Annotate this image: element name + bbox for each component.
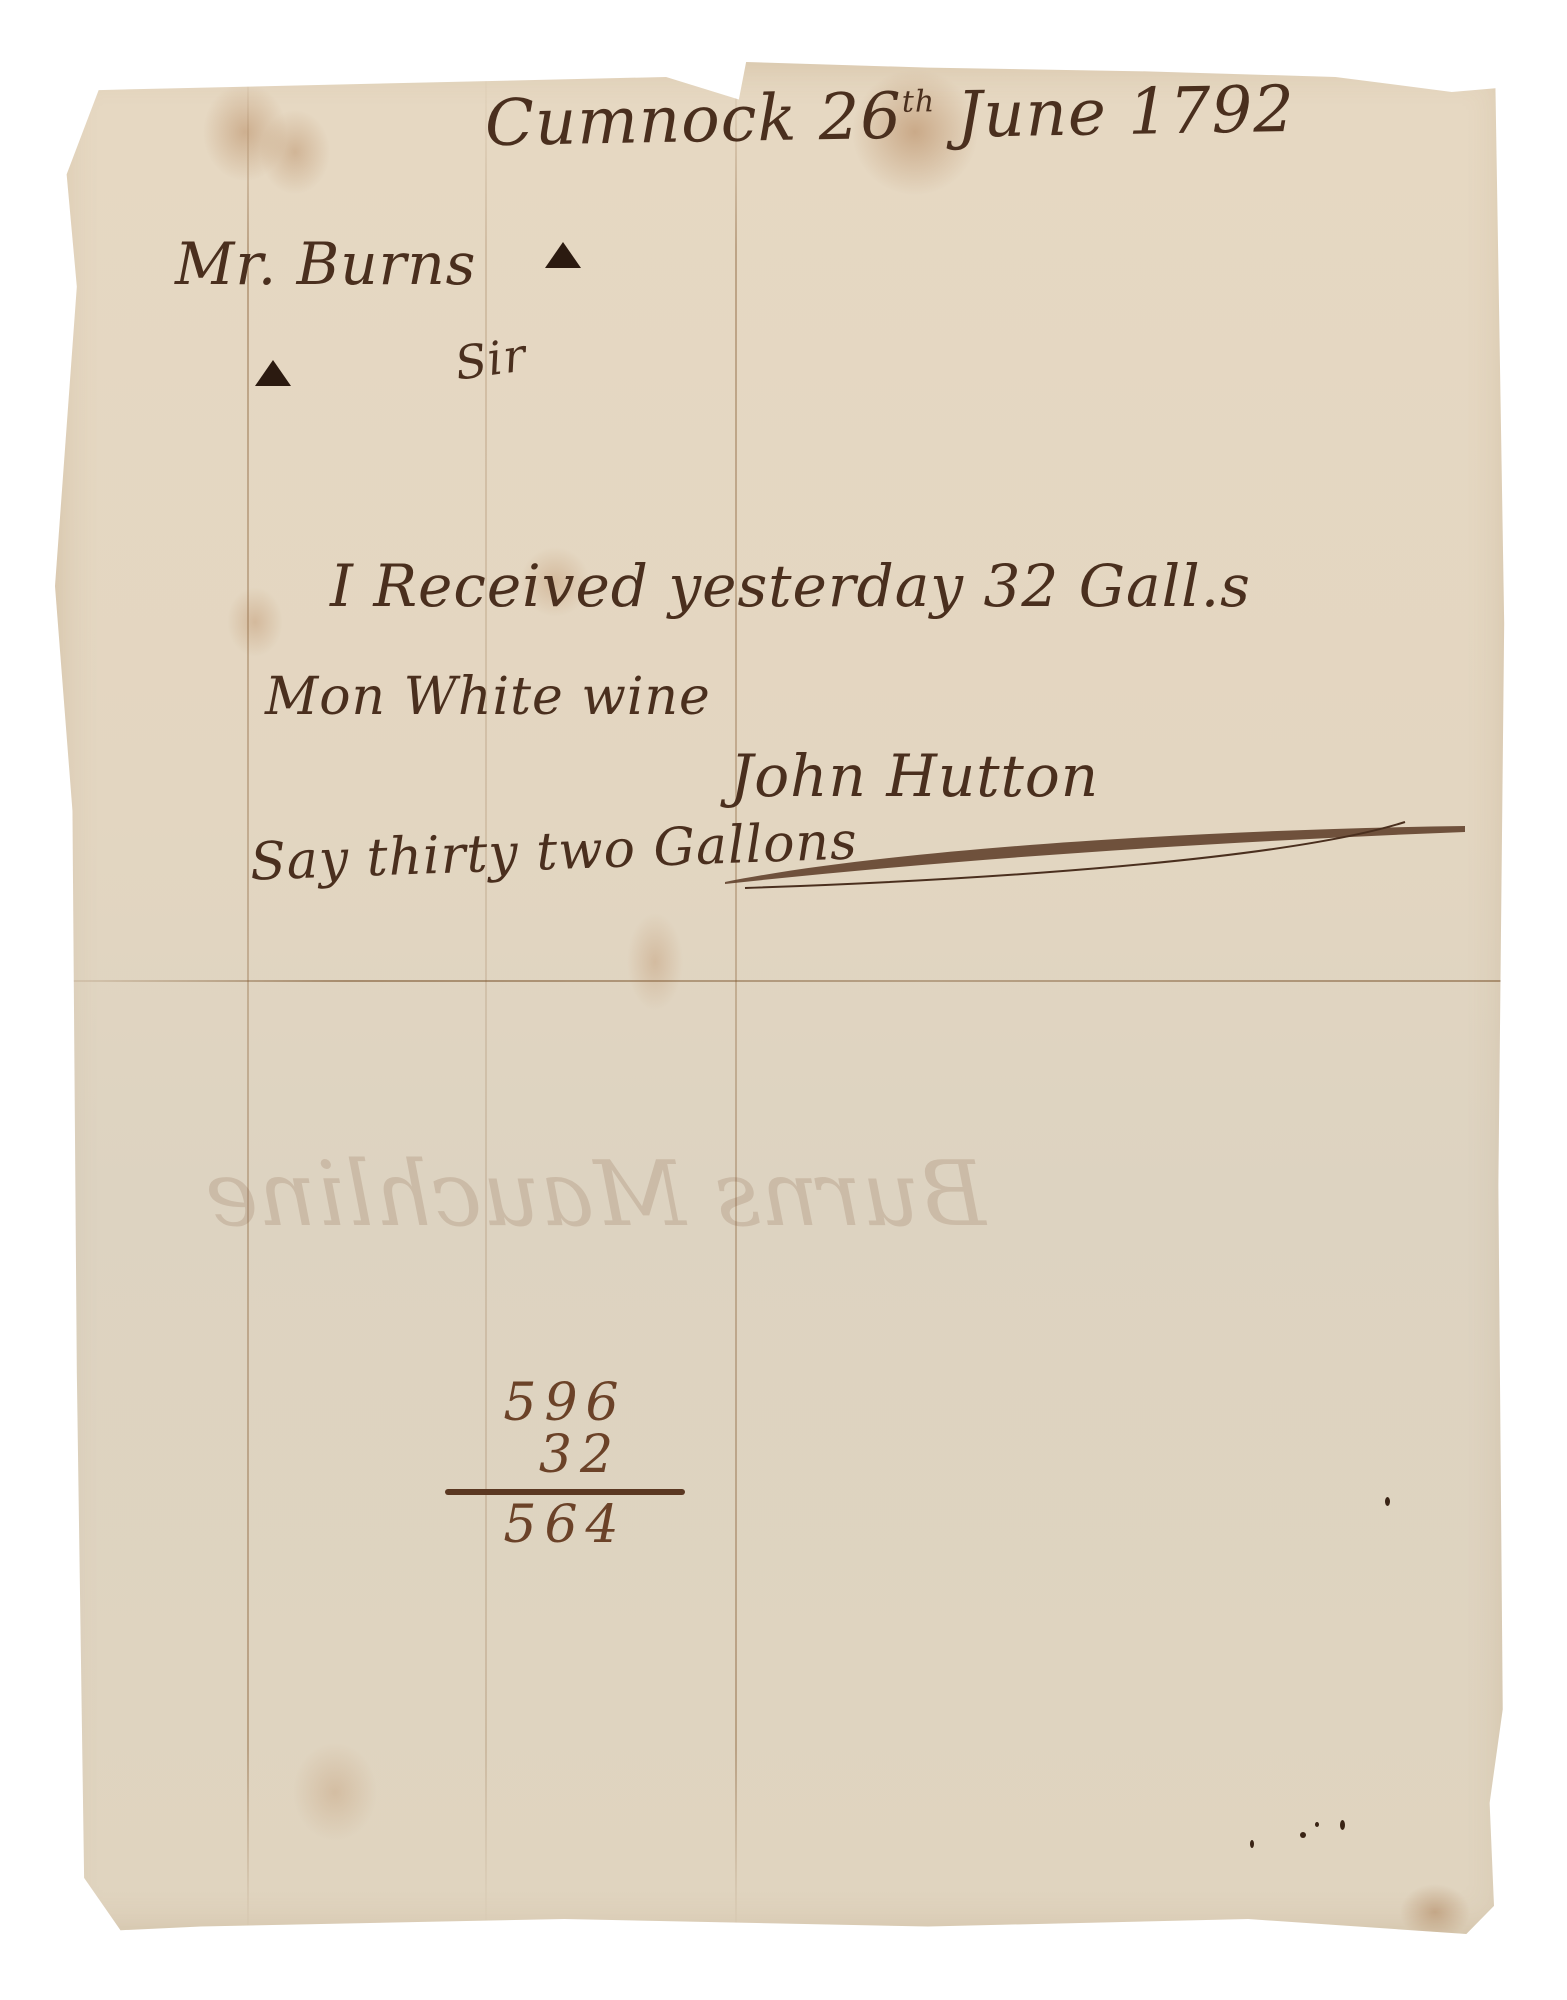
manuscript-sheet: Burns Mauchline Cumnock 26th June 1792 M…: [55, 62, 1510, 1934]
margin-calculation: 596 32 564: [475, 1377, 655, 1551]
offset-ghost-text: Burns Mauchline: [205, 1142, 986, 1247]
ink-burn-hole-upper: [545, 242, 581, 268]
place-name: Cumnock: [484, 82, 797, 161]
date-day-suffix: th: [901, 84, 935, 120]
body-line-wine: Mon White wine: [265, 667, 711, 727]
calc-subtrahend: 32: [475, 1429, 655, 1481]
ink-speck: [1315, 1822, 1319, 1827]
horizontal-fold: [55, 980, 1510, 982]
greeting: Sir: [452, 327, 530, 390]
date-year: 1792: [1127, 73, 1295, 150]
ink-speck: [1250, 1840, 1254, 1848]
calc-minuend: 596: [475, 1377, 655, 1429]
ink-speck: [1300, 1832, 1306, 1838]
calc-result: 564: [475, 1499, 655, 1551]
ink-speck: [1385, 1497, 1390, 1506]
date-month: June: [956, 76, 1107, 153]
date-line: Cumnock 26th June 1792: [484, 73, 1295, 161]
addressee: Mr. Burns: [175, 230, 476, 298]
ink-burn-hole-left: [255, 360, 291, 386]
vertical-fold-center: [735, 62, 737, 1934]
date-day: 26: [818, 80, 903, 155]
vertical-fold-left: [247, 62, 249, 1934]
ink-speck: [1340, 1820, 1345, 1830]
signature: John Hutton: [730, 742, 1099, 810]
body-line-received: I Received yesterday 32 Gall.s: [330, 552, 1251, 620]
